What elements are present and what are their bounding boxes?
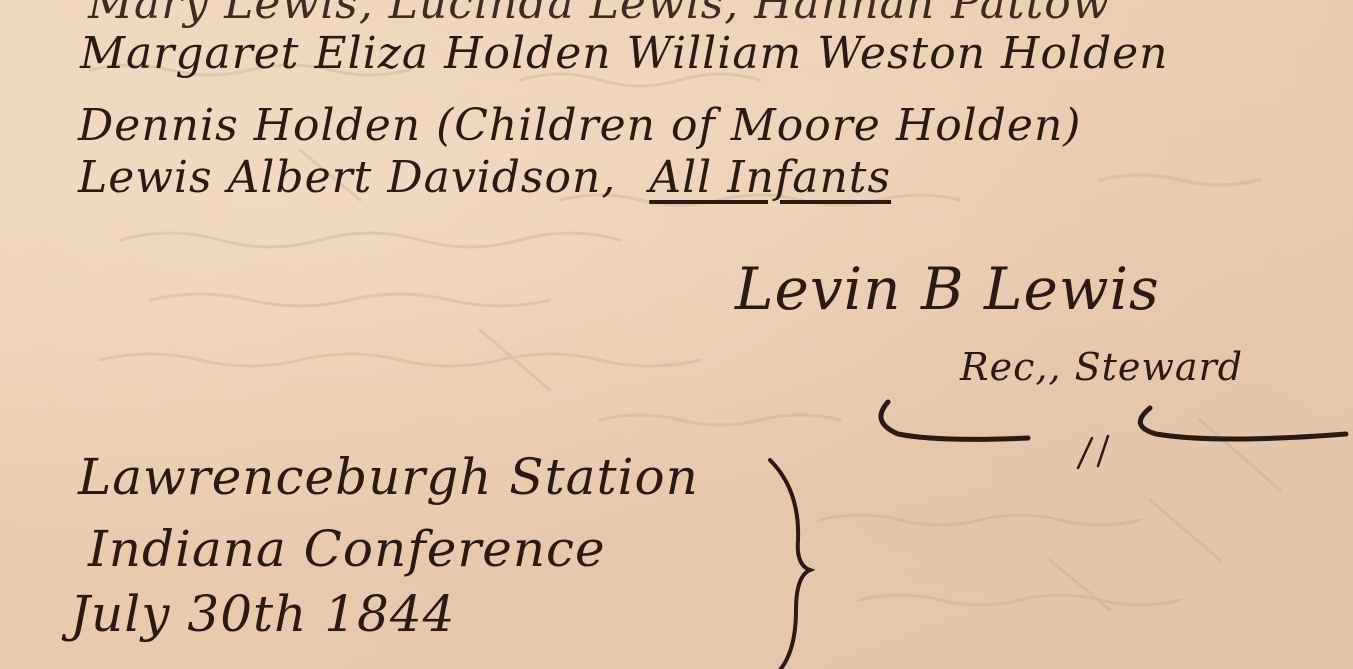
names-line-2: Dennis Holden (Children of Moore Holden)	[78, 100, 1081, 151]
signature-flourish	[860, 390, 1353, 480]
signature-role: Rec,, Steward	[960, 345, 1243, 389]
signature: Levin B Lewis	[735, 255, 1160, 323]
partial-top-line: Mary Lewis, Lucinda Lewis, Hannah Pattow	[88, 0, 1110, 29]
brace-icon	[760, 455, 820, 669]
names-line-3-prefix: Lewis Albert Davidson,	[78, 152, 616, 203]
conference-line: Indiana Conference	[88, 520, 606, 578]
place-line: Lawrenceburgh Station	[78, 448, 699, 506]
names-line-1: Margaret Eliza Holden William Weston Hol…	[80, 28, 1169, 79]
date-line: July 30th 1844	[70, 585, 455, 643]
all-infants-note: All Infants	[649, 152, 891, 203]
document-page: Mary Lewis, Lucinda Lewis, Hannah Pattow…	[0, 0, 1353, 669]
names-line-3: Lewis Albert Davidson, All Infants	[78, 152, 891, 203]
